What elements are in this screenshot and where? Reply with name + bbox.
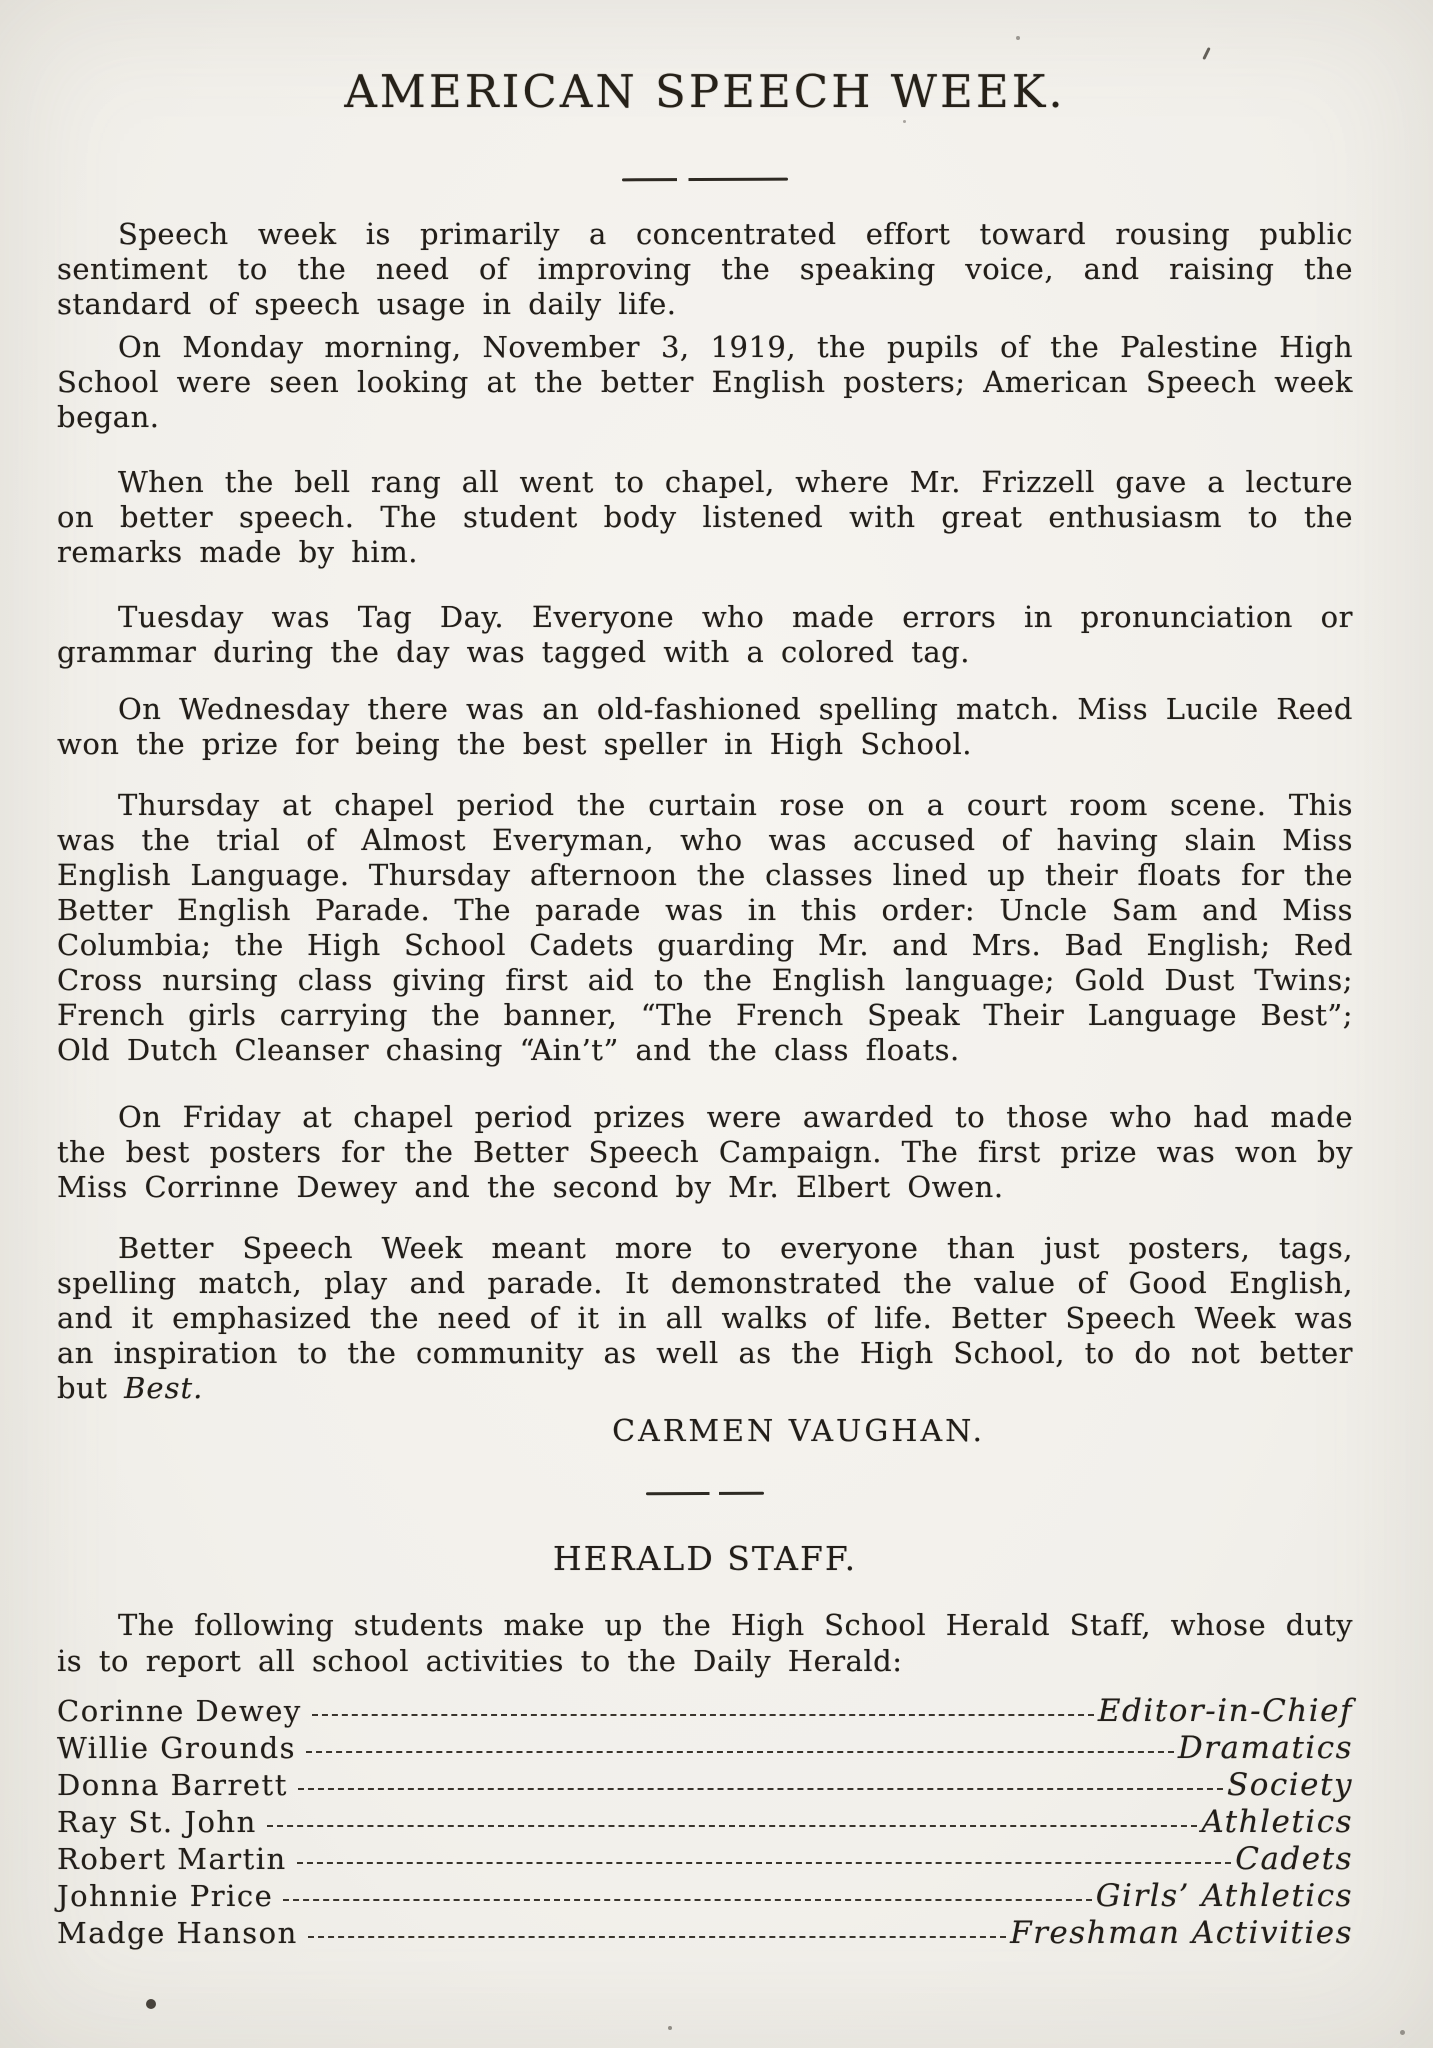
- staff-role: Society: [1227, 1767, 1353, 1804]
- staff-role: Dramatics: [1178, 1730, 1353, 1767]
- section-divider-rule: [646, 1492, 764, 1496]
- staff-name: Willie Grounds: [57, 1730, 296, 1767]
- article-paragraph: Tuesday was Tag Day. Everyone who made e…: [57, 600, 1353, 670]
- staff-row: Ray St. John Athletics: [57, 1804, 1353, 1841]
- staff-name: Robert Martin: [57, 1841, 287, 1878]
- staff-role: Athletics: [1201, 1804, 1353, 1841]
- dotted-leader: [267, 1825, 1198, 1827]
- dotted-leader: [308, 1936, 1006, 1938]
- dotted-leader: [312, 1714, 1094, 1716]
- staff-role: Freshman Activities: [1010, 1915, 1353, 1952]
- staff-row: Robert Martin Cadets: [57, 1841, 1353, 1878]
- article-paragraph: On Monday morning, November 3, 1919, the…: [57, 330, 1353, 435]
- staff-name: Ray St. John: [57, 1804, 257, 1841]
- scan-artifact: [903, 120, 906, 123]
- scan-artifact: [1016, 36, 1020, 40]
- staff-row: Corinne Dewey Editor-in-Chief: [57, 1693, 1353, 1730]
- dotted-leader: [283, 1899, 1091, 1901]
- staff-name: Johnnie Price: [57, 1878, 273, 1915]
- scan-artifact: [1202, 47, 1210, 60]
- staff-name: Madge Hanson: [57, 1915, 298, 1952]
- staff-section-heading: HERALD STAFF.: [57, 1539, 1353, 1579]
- title-divider-rule: [622, 178, 788, 182]
- staff-row: Johnnie Price Girls’ Athletics: [57, 1878, 1353, 1915]
- scanned-page: AMERICAN SPEECH WEEK. Speech week is pri…: [0, 0, 1433, 2048]
- staff-row: Donna Barrett Society: [57, 1767, 1353, 1804]
- staff-name: Donna Barrett: [57, 1767, 288, 1804]
- scan-artifact: [146, 1999, 156, 2009]
- dotted-leader: [298, 1788, 1223, 1790]
- scan-artifact: [1400, 2030, 1405, 2035]
- article-title: AMERICAN SPEECH WEEK.: [57, 66, 1353, 118]
- closing-emphasis: Best.: [124, 1371, 203, 1405]
- author-signature: CARMEN VAUGHAN.: [57, 1414, 1353, 1450]
- article-paragraph: On Wednesday there was an old-fashioned …: [57, 692, 1353, 762]
- dotted-leader: [306, 1751, 1174, 1753]
- staff-row: Willie Grounds Dramatics: [57, 1730, 1353, 1767]
- article-paragraph: On Friday at chapel period prizes were a…: [57, 1100, 1353, 1205]
- staff-name: Corinne Dewey: [57, 1693, 302, 1730]
- staff-role: Girls’ Athletics: [1096, 1878, 1353, 1915]
- closing-text: Better Speech Week meant more to everyon…: [57, 1231, 1353, 1405]
- staff-row: Madge Hanson Freshman Activities: [57, 1915, 1353, 1952]
- staff-role: Editor-in-Chief: [1098, 1693, 1353, 1730]
- dotted-leader: [297, 1862, 1232, 1864]
- scan-artifact: [668, 2026, 672, 2030]
- article-paragraph: Speech week is primarily a concentrated …: [57, 217, 1353, 322]
- article-body: Speech week is primarily a concentrated …: [57, 217, 1353, 1450]
- staff-list: Corinne Dewey Editor-in-Chief Willie Gro…: [57, 1693, 1353, 1952]
- article-paragraph: When the bell rang all went to chapel, w…: [57, 465, 1353, 570]
- article-paragraph: Thursday at chapel period the curtain ro…: [57, 788, 1353, 1068]
- staff-role: Cadets: [1235, 1841, 1353, 1878]
- staff-intro: The following students make up the High …: [57, 1607, 1353, 1679]
- article-paragraph: Better Speech Week meant more to everyon…: [57, 1231, 1353, 1406]
